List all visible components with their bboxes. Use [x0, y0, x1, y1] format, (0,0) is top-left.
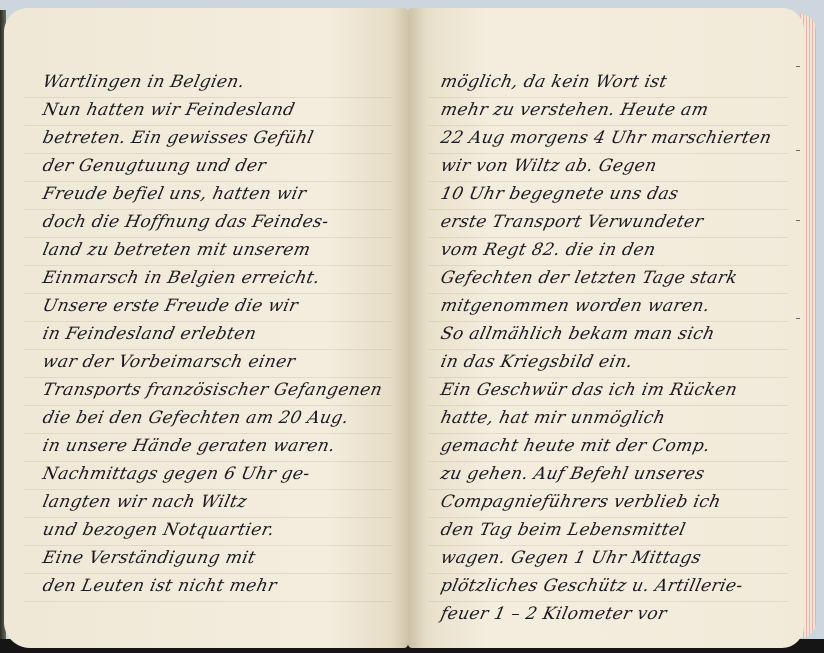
left-page: Wartlingen in Belgien.Nun hatten wir Fei…	[4, 8, 408, 648]
handwritten-line: in unsere Hände geraten waren.	[40, 432, 398, 460]
handwritten-line: Unsere erste Freude die wir	[40, 292, 398, 320]
handwritten-line: Compagnieführers verblieb ich	[438, 488, 794, 516]
handwritten-line: betreten. Ein gewisses Gefühl	[40, 124, 398, 152]
handwritten-line: hatte, hat mir unmöglich	[438, 404, 794, 432]
handwritten-line: und bezogen Notquartier.	[40, 516, 398, 544]
handwritten-line: Nun hatten wir Feindesland	[40, 96, 398, 124]
handwritten-line: erste Transport Verwundeter	[438, 208, 794, 236]
handwritten-line: möglich, da kein Wort ist	[438, 68, 794, 96]
handwritten-line: Nachmittags gegen 6 Uhr ge-	[40, 460, 398, 488]
handwritten-line: 22 Aug morgens 4 Uhr marschierten	[438, 124, 794, 152]
handwritten-line: So allmählich bekam man sich	[438, 320, 794, 348]
margin-tick	[796, 66, 800, 67]
handwritten-line: wagen. Gegen 1 Uhr Mittags	[438, 544, 794, 572]
handwritten-line: war der Vorbeimarsch einer	[40, 348, 398, 376]
handwritten-line: vom Regt 82. die in den	[438, 236, 794, 264]
handwritten-line: 10 Uhr begegnete uns das	[438, 180, 794, 208]
handwritten-line: Gefechten der letzten Tage stark	[438, 264, 794, 292]
handwritten-line: Wartlingen in Belgien.	[40, 68, 398, 96]
open-notebook: Wartlingen in Belgien.Nun hatten wir Fei…	[4, 8, 816, 648]
handwritten-line: Eine Verständigung mit	[40, 544, 398, 572]
handwritten-line: der Genugtuung und der	[40, 152, 398, 180]
handwritten-line: feuer 1 – 2 Kilometer vor	[438, 600, 794, 628]
handwritten-line: mehr zu verstehen. Heute am	[438, 96, 794, 124]
handwritten-line: zu gehen. Auf Befehl unseres	[438, 460, 794, 488]
margin-tick	[796, 150, 800, 151]
handwritten-line: Freude befiel uns, hatten wir	[40, 180, 398, 208]
handwritten-line: in das Kriegsbild ein.	[438, 348, 794, 376]
right-page-text: möglich, da kein Wort istmehr zu versteh…	[438, 68, 788, 628]
handwritten-line: in Feindesland erlebten	[40, 320, 398, 348]
right-page: möglich, da kein Wort istmehr zu versteh…	[408, 8, 804, 648]
margin-tick	[796, 220, 800, 221]
handwritten-line: mitgenommen worden waren.	[438, 292, 794, 320]
handwritten-line: den Tag beim Lebensmittel	[438, 516, 794, 544]
handwritten-line: plötzliches Geschütz u. Artillerie-	[438, 572, 794, 600]
handwritten-line: doch die Hoffnung das Feindes-	[40, 208, 398, 236]
handwritten-line: den Leuten ist nicht mehr	[40, 572, 398, 600]
handwritten-line: Ein Geschwür das ich im Rücken	[438, 376, 794, 404]
handwritten-line: die bei den Gefechten am 20 Aug.	[40, 404, 398, 432]
handwritten-line: gemacht heute mit der Comp.	[438, 432, 794, 460]
handwritten-line: land zu betreten mit unserem	[40, 236, 398, 264]
handwritten-line: langten wir nach Wiltz	[40, 488, 398, 516]
margin-tick	[796, 318, 800, 319]
handwritten-line: wir von Wiltz ab. Gegen	[438, 152, 794, 180]
handwritten-line: Transports französischer Gefangenen	[40, 376, 398, 404]
handwritten-line: Einmarsch in Belgien erreicht.	[40, 264, 398, 292]
left-page-text: Wartlingen in Belgien.Nun hatten wir Fei…	[40, 68, 392, 600]
